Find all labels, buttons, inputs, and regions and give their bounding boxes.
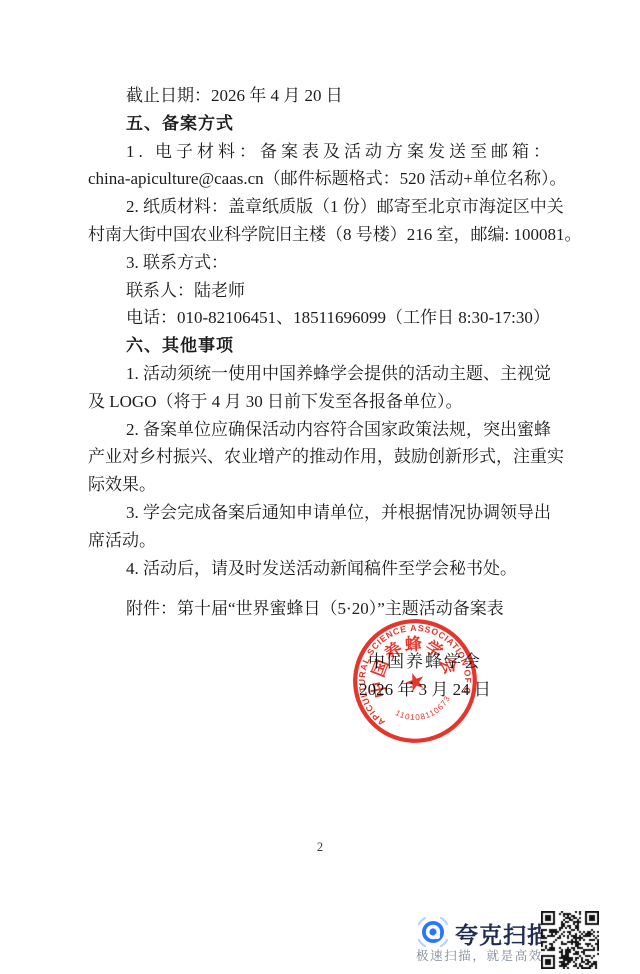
- page-number: 2: [0, 840, 640, 855]
- qr-code: [541, 911, 599, 969]
- doc-line: 1. 电子材料：备案表及活动方案发送至邮箱：: [88, 138, 554, 166]
- section-heading: 五、备案方式: [88, 110, 554, 138]
- signature-org: 中国养蜂学会: [330, 648, 520, 676]
- doc-line: 1. 活动须统一使用中国养蜂学会提供的活动主题、主视觉: [88, 360, 554, 388]
- doc-line: 4. 活动后，请及时发送活动新闻稿件至学会秘书处。: [88, 555, 554, 583]
- doc-line: 2. 备案单位应确保活动内容符合国家政策法规，突出蜜蜂: [88, 416, 554, 444]
- doc-line: 3. 学会完成备案后通知申请单位，并根据情况协调领导出: [88, 499, 554, 527]
- quark-logo-icon: [417, 916, 449, 948]
- doc-line: 联系人：陆老师: [88, 277, 554, 305]
- doc-line: 电话：010-82106451、18511696099（工作日 8:30-17:…: [88, 304, 554, 332]
- section-heading: 六、其他事项: [88, 332, 554, 360]
- doc-line: 及 LOGO（将于 4 月 30 日前下发至各报备单位）。: [88, 388, 554, 416]
- scanner-tagline: 极速扫描，就是高效: [416, 946, 543, 964]
- signature-date: 2026 年 3 月 24 日: [330, 676, 520, 704]
- doc-line: 截止日期：2026 年 4 月 20 日: [88, 82, 554, 110]
- doc-line: china-apiculture@caas.cn（邮件标题格式：520 活动+单…: [88, 165, 554, 193]
- doc-line: 际效果。: [88, 471, 554, 499]
- doc-line: 村南大街中国农业科学院旧主楼（8 号楼）216 室，邮编: 100081。: [88, 221, 554, 249]
- signature-block: 中国养蜂学会 2026 年 3 月 24 日: [330, 648, 520, 704]
- attachment-line: 附件：第十届“世界蜜蜂日（5·20）”主题活动备案表: [88, 595, 554, 623]
- doc-line: 3. 联系方式：: [88, 249, 554, 277]
- doc-line: 产业对乡村振兴、农业增产的推动作用，鼓励创新形式，注重实: [88, 443, 554, 471]
- document-body: 截止日期：2026 年 4 月 20 日 五、备案方式 1. 电子材料：备案表及…: [88, 82, 554, 623]
- doc-line: 席活动。: [88, 527, 554, 555]
- doc-line: 2. 纸质材料：盖章纸质版（1 份）邮寄至北京市海淀区中关: [88, 193, 554, 221]
